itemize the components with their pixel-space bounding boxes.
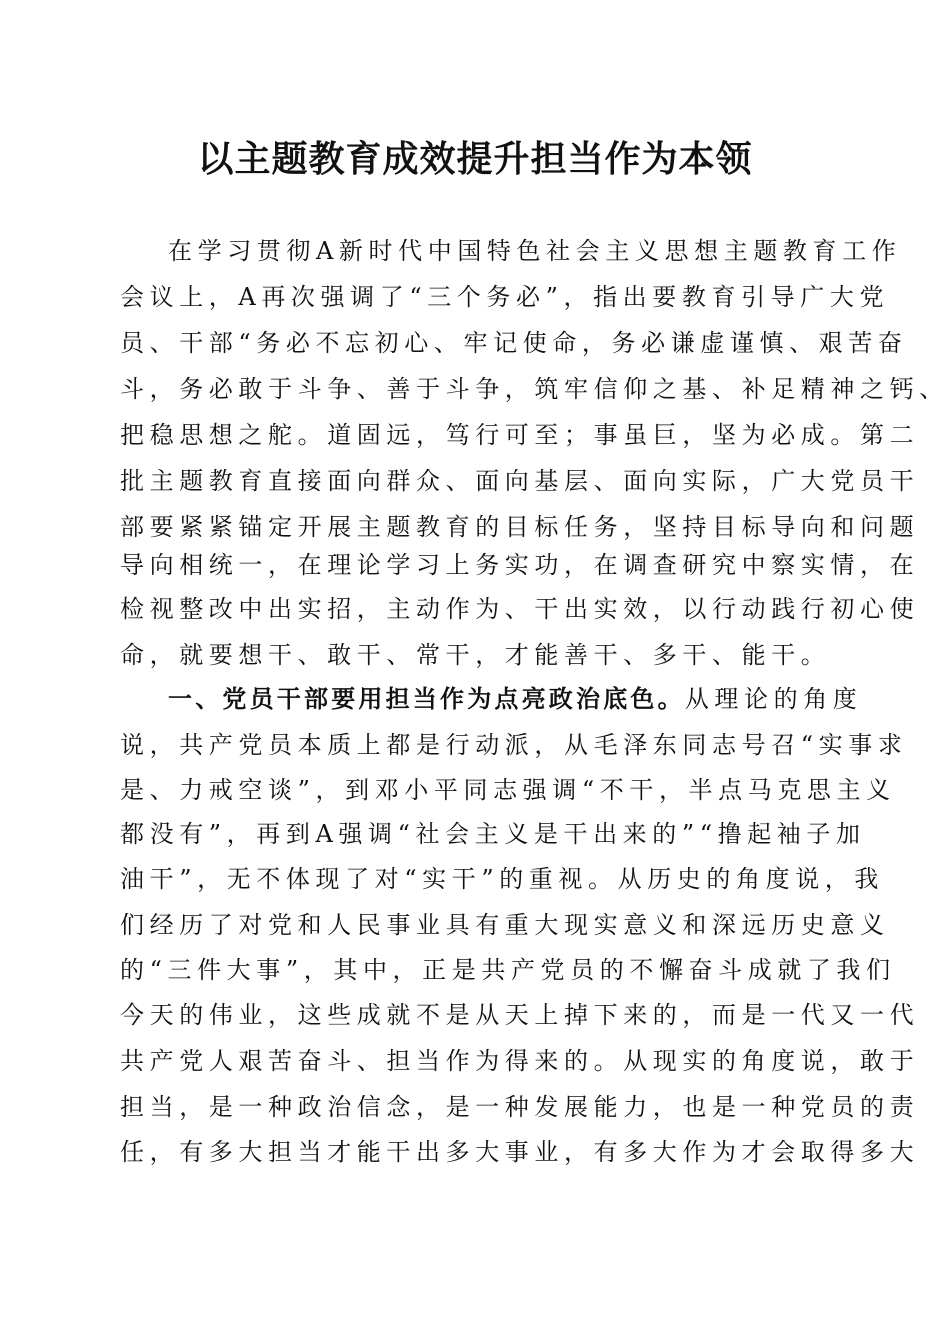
text-line: 在学习贯彻A新时代中国特色社会主义思想主题教育工作 bbox=[168, 236, 901, 266]
text-line: 检视整改中出实招，主动作为、干出实效，以行动践行初心使 bbox=[120, 594, 919, 624]
text-line: 都没有”，再到A强调“社会主义是干出来的”“撸起袖子加 bbox=[120, 819, 866, 849]
text-line: 担当，是一种政治信念，是一种发展能力，也是一种党员的责 bbox=[120, 1092, 919, 1122]
text-line: 任，有多大担当才能干出多大事业，有多大作为才会取得多大 bbox=[120, 1137, 919, 1167]
text-line: 员、干部“务必不忘初心、牢记使命，务必谦虚谨慎、艰苦奋 bbox=[120, 328, 907, 358]
text-span: 从理论的角度 bbox=[685, 685, 863, 713]
text-line: 共产党人艰苦奋斗、担当作为得来的。从现实的角度说，敢于 bbox=[120, 1046, 919, 1076]
text-line: 部要紧紧锚定开展主题教育的目标任务，坚持目标导向和问题 bbox=[120, 512, 919, 542]
text-line: 导向相统一，在理论学习上务实功，在调查研究中察实情，在 bbox=[120, 550, 919, 580]
text-line: 的“三件大事”，其中，正是共产党员的不懈奋斗成就了我们 bbox=[120, 955, 896, 985]
text-line: 是、力戒空谈”，到邓小平同志强调“不干，半点马克思主义 bbox=[120, 775, 896, 805]
text-line: 们经历了对党和人民事业具有重大现实意义和深远历史意义 bbox=[120, 910, 890, 940]
text-line: 斗，务必敢于斗争、善于斗争，筑牢信仰之基、补足精神之钙、 bbox=[120, 374, 949, 404]
text-line: 会议上，A再次强调了“三个务必”，指出要教育引导广大党 bbox=[120, 282, 889, 312]
text-line: 说，共产党员本质上都是行动派，从毛泽东同志号召“实事求 bbox=[120, 730, 907, 760]
document-title: 以主题教育成效提升担当作为本领 bbox=[0, 134, 950, 184]
text-line: 油干”，无不体现了对“实干”的重视。从历史的角度说，我 bbox=[120, 864, 884, 894]
section-heading: 一、党员干部要用担当作为点亮政治底色。 bbox=[168, 685, 685, 713]
text-line: 命，就要想干、敢干、常干，才能善干、多干、能干。 bbox=[120, 640, 830, 670]
text-line: 一、党员干部要用担当作为点亮政治底色。从理论的角度 bbox=[168, 684, 862, 714]
text-line: 把稳思想之舵。道固远，笃行可至；事虽巨，坚为必成。第二 bbox=[120, 420, 919, 450]
text-line: 今天的伟业，这些成就不是从天上掉下来的，而是一代又一代 bbox=[120, 1000, 919, 1030]
text-line: 批主题教育直接面向群众、面向基层、面向实际，广大党员干 bbox=[120, 466, 919, 496]
